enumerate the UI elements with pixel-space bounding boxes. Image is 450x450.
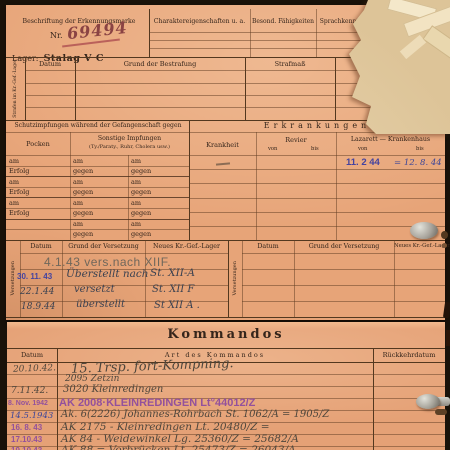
bis-label: bis xyxy=(311,146,319,152)
col-hospital: Lazarett — Krankenhaus xyxy=(336,136,445,143)
nr-label: Nr. xyxy=(50,31,63,40)
rule xyxy=(6,176,189,177)
fastener-spot xyxy=(442,243,447,248)
rule xyxy=(189,226,445,227)
kommando-entry: 2095 Zetzin xyxy=(65,374,119,384)
divider xyxy=(242,240,243,317)
divider xyxy=(378,9,379,57)
rule xyxy=(25,95,445,96)
vacc-cell: am xyxy=(73,157,83,165)
col-transfer-reason: Grund der Versetzung xyxy=(294,243,394,250)
vacc-cell: am xyxy=(131,220,141,228)
edge-mark xyxy=(446,330,450,346)
rule xyxy=(6,166,189,167)
col-return-date: Rückkehrdatum xyxy=(373,351,445,359)
vacc-cell: am xyxy=(9,157,19,165)
col-new-camp: Neues Kr.-Gef.-Lager xyxy=(145,243,228,250)
vacc-cell: am xyxy=(73,199,83,207)
col-sickbay: Revier xyxy=(256,136,336,144)
rule xyxy=(242,301,445,302)
kommando-entry: 3020 Kleinredingen xyxy=(63,384,163,395)
rule xyxy=(242,253,445,254)
divider xyxy=(394,240,395,317)
divider xyxy=(62,240,63,317)
metal-fastener-top xyxy=(410,222,438,239)
hospital-entry-stamp: 11. 2 44 xyxy=(346,157,380,168)
col-date: Datum xyxy=(242,243,294,250)
divider xyxy=(316,9,317,57)
col-character-traits: Charaktereigenschaften u. a. xyxy=(149,18,250,25)
vacc-cell: am xyxy=(73,178,83,186)
fastener-hole xyxy=(441,231,448,239)
section-line xyxy=(6,317,445,318)
transfer-camp: St. XII F xyxy=(152,284,194,295)
vaccinations-title: Schutzimpfungen während der Gefangenscha… xyxy=(8,122,188,129)
vacc-cell: am xyxy=(9,199,19,207)
kommando-date-stamp: 16. 8. 43 xyxy=(11,423,42,432)
divider xyxy=(336,132,337,240)
section-line xyxy=(7,348,445,349)
rule xyxy=(25,70,445,71)
col-illness: Krankheit xyxy=(189,141,256,149)
rule xyxy=(6,229,189,230)
rule xyxy=(6,187,189,188)
col-date: Datum xyxy=(20,243,62,250)
rule xyxy=(189,198,445,199)
illnesses-title: Erkrankungen xyxy=(189,121,445,130)
kommando-date: 20.10.42. xyxy=(13,363,56,374)
col-date: Datum xyxy=(7,351,57,359)
col-smallpox: Pocken xyxy=(6,140,70,148)
punishments-side-label-cell: Strafen im Kr.-Gef.-Lager xyxy=(6,57,25,120)
kommando-entry: Ak. 6(2226) Johannes-Rohrbach St. 1062/A… xyxy=(61,409,329,420)
divider xyxy=(149,9,150,57)
rule xyxy=(189,212,445,213)
rule xyxy=(149,48,445,49)
section-line xyxy=(6,57,445,58)
pencil-dash-mark xyxy=(216,162,230,165)
kommando-date-stamp: 19.10.43 xyxy=(11,446,42,450)
transfer-reason: Überstellt nach xyxy=(66,268,149,280)
transfer-date: 30. 11. 43 xyxy=(17,272,52,281)
divider xyxy=(335,57,336,120)
divider xyxy=(75,57,76,120)
transfer-reason: überstellt xyxy=(76,299,125,310)
rule xyxy=(189,169,445,170)
rule xyxy=(6,219,189,220)
rule xyxy=(6,155,189,156)
kommando-entry: AK 88 = Vorbrücken Lt. 25473/Z = 26043/A xyxy=(61,444,296,450)
rule xyxy=(242,285,445,286)
vacc-cell: am xyxy=(73,220,83,228)
rule xyxy=(20,285,228,286)
rule xyxy=(189,155,445,156)
punishments-side-label: Strafen im Kr.-Gef.-Lager xyxy=(13,59,18,118)
vacc-cell: gegen xyxy=(131,209,151,217)
scanned-pow-record: Beschriftung der Erkennungsmarke Nr. 694… xyxy=(0,0,450,450)
vacc-cell: gegen xyxy=(73,188,93,196)
transfers-side-label: Versetzungen xyxy=(232,261,238,296)
vacc-cell: Erfolg xyxy=(9,209,29,217)
divider xyxy=(70,132,71,240)
transfer-camp: St XII A . xyxy=(154,300,200,311)
rule xyxy=(6,132,445,133)
col-special-abilities: Besond. Fähigkeiten xyxy=(250,18,316,25)
vacc-cell: am xyxy=(131,178,141,186)
kommando-date: 14.5.1943 xyxy=(10,411,53,421)
vacc-cell: Erfolg xyxy=(9,188,29,196)
divider xyxy=(256,132,257,240)
kommando-date-stamp: 17.10.43 xyxy=(11,435,42,444)
transfer-date: 18.9.44 xyxy=(21,302,55,312)
transfers-side-label: Versetzungen xyxy=(10,261,16,296)
col-transfer-reason: Grund der Versetzung xyxy=(62,243,145,250)
transfer-reason: versetzt xyxy=(74,284,115,295)
col-punishment-measure: Strafmaß xyxy=(245,60,335,68)
vacc-cell: gegen xyxy=(131,230,151,238)
von-label: von xyxy=(358,146,367,152)
vacc-cell: am xyxy=(131,157,141,165)
rule xyxy=(25,83,445,84)
vacc-cell: gegen xyxy=(131,167,151,175)
transfer-date: 22.1.44 xyxy=(20,287,54,297)
rule xyxy=(149,32,445,33)
rule xyxy=(242,269,445,270)
rule xyxy=(25,107,445,108)
vacc-cell: gegen xyxy=(73,209,93,217)
vacc-cell: am xyxy=(131,199,141,207)
section-line xyxy=(6,240,445,241)
divider xyxy=(189,120,190,240)
bis-label: bis xyxy=(416,146,424,152)
kommando-entry: AK 2175 - Kleinredingen Lt. 20480/Z = xyxy=(61,421,270,433)
pow-card-main: Beschriftung der Erkennungsmarke Nr. 694… xyxy=(6,5,445,320)
divider xyxy=(245,57,246,120)
kommando-date: 7.11.42. xyxy=(11,386,48,396)
von-label: von xyxy=(268,146,277,152)
col-language-skills: Sprachkenntnisse xyxy=(316,18,378,25)
divider xyxy=(250,9,251,57)
rule xyxy=(20,253,228,254)
vacc-cell: gegen xyxy=(73,230,93,238)
col-other-vaccinations: Sonstige Impfungen xyxy=(70,135,189,142)
rule xyxy=(149,40,445,41)
rule xyxy=(189,183,445,184)
kommandos-title: Kommandos xyxy=(7,327,445,342)
rule xyxy=(6,197,189,198)
pow-card-kommandos: Kommandos Datum Art des Kommandos Rückke… xyxy=(7,322,445,450)
vacc-cell: am xyxy=(9,178,19,186)
metal-fastener-bottom xyxy=(416,394,440,409)
transfer-camp: St. XII-A xyxy=(150,267,195,279)
edge-mark xyxy=(443,302,450,319)
transfers-side-label-cell: Versetzungen xyxy=(228,240,242,317)
divider xyxy=(25,57,26,120)
vacc-cell: Erfolg xyxy=(9,167,29,175)
vacc-cell: gegen xyxy=(131,188,151,196)
hospital-entry-handwritten: = 12. 8. 44 xyxy=(394,158,442,168)
rule xyxy=(6,208,189,209)
divider xyxy=(294,240,295,317)
vacc-cell: gegen xyxy=(73,167,93,175)
kommando-entry-stamp: AK 2008·KLEINREDINGEN Lt°44012/Z xyxy=(59,397,255,409)
col-date: Datum xyxy=(25,60,75,68)
col-new-camp: Neues Kr.-Gef.-Lager xyxy=(394,243,445,249)
fastener-notch xyxy=(435,409,447,415)
col-other-vaccinations-sub: (Ty./Paraty., Ruhr, Cholera usw.) xyxy=(70,144,189,150)
col-punishment-reason: Grund der Bestrafung xyxy=(75,60,245,68)
kommando-date-stamp: 8. Nov. 1942 xyxy=(8,400,48,407)
